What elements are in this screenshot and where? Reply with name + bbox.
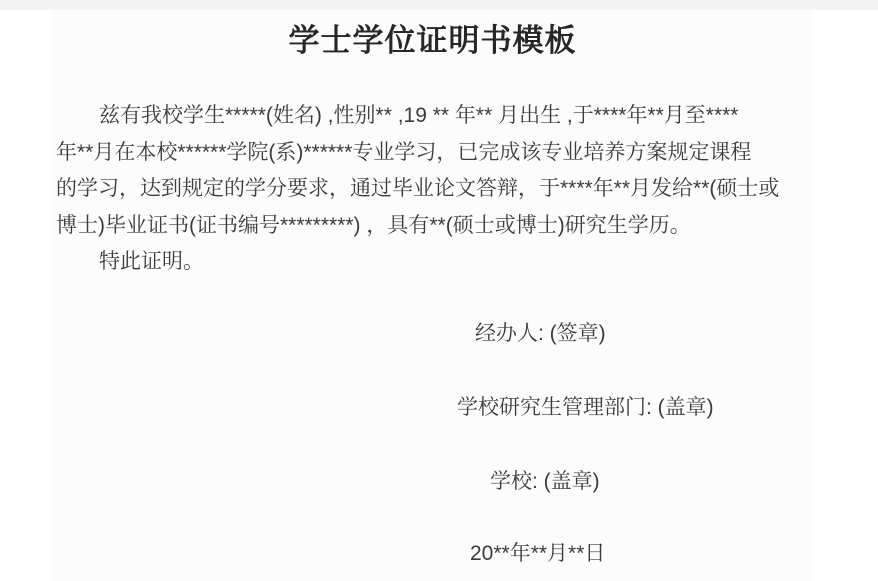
signature-department-line: 学校研究生管理部门: (盖章): [457, 396, 714, 419]
body-line-3: 的学习，达到规定的学分要求，通过毕业论文答辩，于****年**月发给**(硕士或: [56, 171, 810, 208]
closing-line: 特此证明。: [56, 244, 810, 281]
body-line-1: 兹有我校学生*****(姓名) ,性别** ,19 ** 年** 月出生 ,于*…: [56, 98, 810, 135]
signature-school-line: 学校: (盖章): [490, 470, 600, 493]
body-line-2: 年**月在本校******学院(系)******专业学习，已完成该专业培养方案规…: [56, 135, 810, 172]
signature-agent-line: 经办人: (签章): [475, 322, 606, 345]
body-line-4: 博士)毕业证书(证书编号*********) ，具有**(硕士或博士)研究生学历…: [56, 208, 810, 245]
body-paragraph: 兹有我校学生*****(姓名) ,性别** ,19 ** 年** 月出生 ,于*…: [56, 98, 810, 281]
document-page: 学士学位证明书模板 兹有我校学生*****(姓名) ,性别** ,19 ** 年…: [53, 10, 812, 581]
document-title: 学士学位证明书模板: [53, 10, 812, 60]
top-strip: [0, 0, 878, 10]
signature-date-line: 20**年**月**日: [470, 542, 605, 565]
